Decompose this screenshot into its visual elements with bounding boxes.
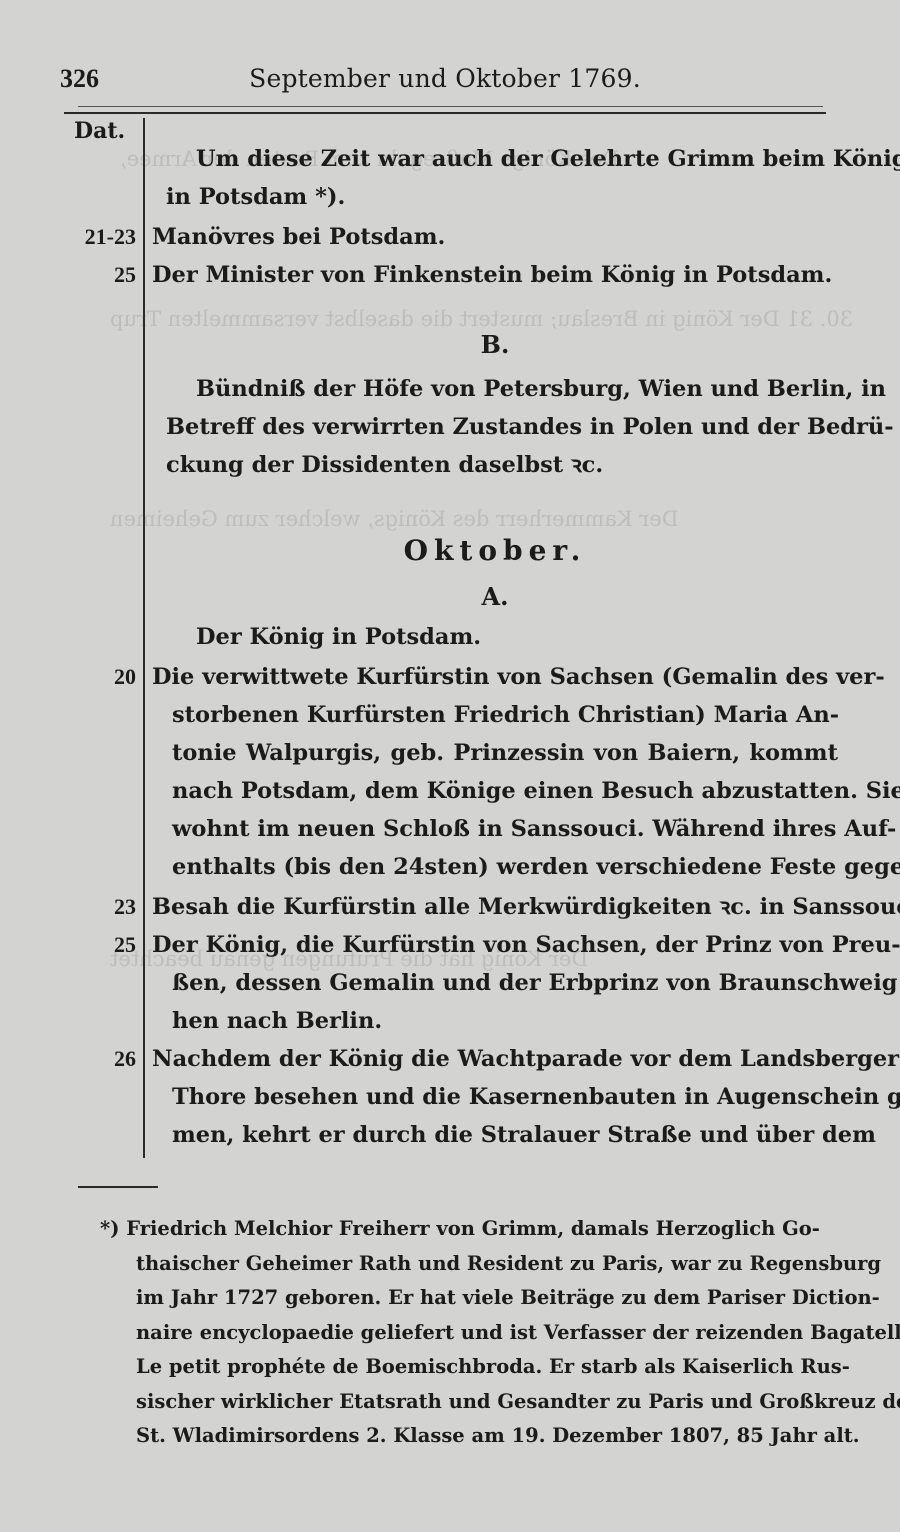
entry-date: 25 xyxy=(64,932,136,958)
text-line: Nachdem der König die Wachtparade vor de… xyxy=(152,1040,838,1078)
text-line: wohnt im neuen Schloß in Sanssouci. Währ… xyxy=(152,810,838,848)
text-line: Thore besehen und die Kasernenbauten in … xyxy=(152,1078,838,1116)
footnote-line: im Jahr 1727 geboren. Er hat viele Beitr… xyxy=(100,1281,845,1316)
entry-date: 23 xyxy=(64,894,136,920)
scanned-page: Des Königs Maßregeln zum Besten der Arme… xyxy=(0,0,900,1532)
running-head: 326 September und Oktober 1769. xyxy=(60,60,830,100)
entry-text: Besah die Kurfürstin alle Merkwürdigkeit… xyxy=(152,888,838,926)
text-line: Manövres bei Potsdam. xyxy=(152,218,832,256)
text-line: enthalts (bis den 24sten) werden verschi… xyxy=(152,848,838,886)
month-heading: Oktober. xyxy=(150,534,840,567)
text-line: ckung der Dissidenten daselbst ꝛc. xyxy=(166,446,838,484)
footnote-line: naire encyclopaedie geliefert und ist Ve… xyxy=(100,1316,845,1351)
footnote-marker: *) xyxy=(100,1217,119,1240)
text-line: Bündniß der Höfe von Petersburg, Wien un… xyxy=(166,370,838,408)
entry-text: Der Minister von Finkenstein beim König … xyxy=(152,256,832,294)
page-title: September und Oktober 1769. xyxy=(60,64,830,93)
entry-text: Der König, die Kurfürstin von Sachsen, d… xyxy=(152,926,838,1040)
text-line: Besah die Kurfürstin alle Merkwürdigkeit… xyxy=(152,888,838,926)
text-line: Die verwittwete Kurfürstin von Sachsen (… xyxy=(152,658,838,696)
entry-date: 21-23 xyxy=(64,224,136,250)
bleed-through: Der Kammerherr des Königs, welcher zum G… xyxy=(110,500,679,538)
text-line: Um diese Zeit war auch der Gelehrte Grim… xyxy=(166,140,832,178)
text-line: storbenen Kurfürsten Friedrich Christian… xyxy=(152,696,838,734)
text-line: in Potsdam *). xyxy=(166,178,832,216)
text-line: Der König, die Kurfürstin von Sachsen, d… xyxy=(152,926,838,964)
header-rule-thin xyxy=(78,106,823,107)
section-a-intro: Der König in Potsdam. xyxy=(196,618,836,656)
entry-text: Nachdem der König die Wachtparade vor de… xyxy=(152,1040,838,1154)
entry-date: 25 xyxy=(64,262,136,288)
footnote-rule xyxy=(78,1186,158,1188)
september-intro: Um diese Zeit war auch der Gelehrte Grim… xyxy=(166,140,832,216)
entry-date: 26 xyxy=(64,1046,136,1072)
section-heading-a: A. xyxy=(150,582,840,611)
date-column-divider xyxy=(143,118,145,1158)
text-line: Der Minister von Finkenstein beim König … xyxy=(152,256,832,294)
text-line: nach Potsdam, dem Könige einen Besuch ab… xyxy=(152,772,838,810)
text-line: Betreff des verwirrten Zustandes in Pole… xyxy=(166,408,838,446)
section-b-text: Bündniß der Höfe von Petersburg, Wien un… xyxy=(166,370,838,484)
entry-text: Manövres bei Potsdam. xyxy=(152,218,832,256)
footnote: *) Friedrich Melchior Freiherr von Grimm… xyxy=(100,1212,845,1454)
text-line: Der König in Potsdam. xyxy=(196,618,836,656)
text-line: men, kehrt er durch die Stralauer Straße… xyxy=(152,1116,838,1154)
footnote-line: St. Wladimirsordens 2. Klasse am 19. Dez… xyxy=(100,1419,845,1454)
footnote-line: *) Friedrich Melchior Freiherr von Grimm… xyxy=(100,1212,845,1247)
text-line: ßen, dessen Gemalin und der Erbprinz von… xyxy=(152,964,838,1002)
text-line: hen nach Berlin. xyxy=(152,1002,838,1040)
entry-text: Die verwittwete Kurfürstin von Sachsen (… xyxy=(152,658,838,886)
footnote-line: thaischer Geheimer Rath und Resident zu … xyxy=(100,1247,845,1282)
section-heading-b: B. xyxy=(150,330,840,359)
footnote-line: sischer wirklicher Etatsrath und Gesandt… xyxy=(100,1385,845,1420)
date-column-label: Dat. xyxy=(74,118,125,144)
entry-date: 20 xyxy=(64,664,136,690)
footnote-line: Le petit prophéte de Boemischbroda. Er s… xyxy=(100,1350,845,1385)
header-rule xyxy=(64,112,826,114)
text-line: tonie Walpurgis, geb. Prinzessin von Bai… xyxy=(152,734,838,772)
